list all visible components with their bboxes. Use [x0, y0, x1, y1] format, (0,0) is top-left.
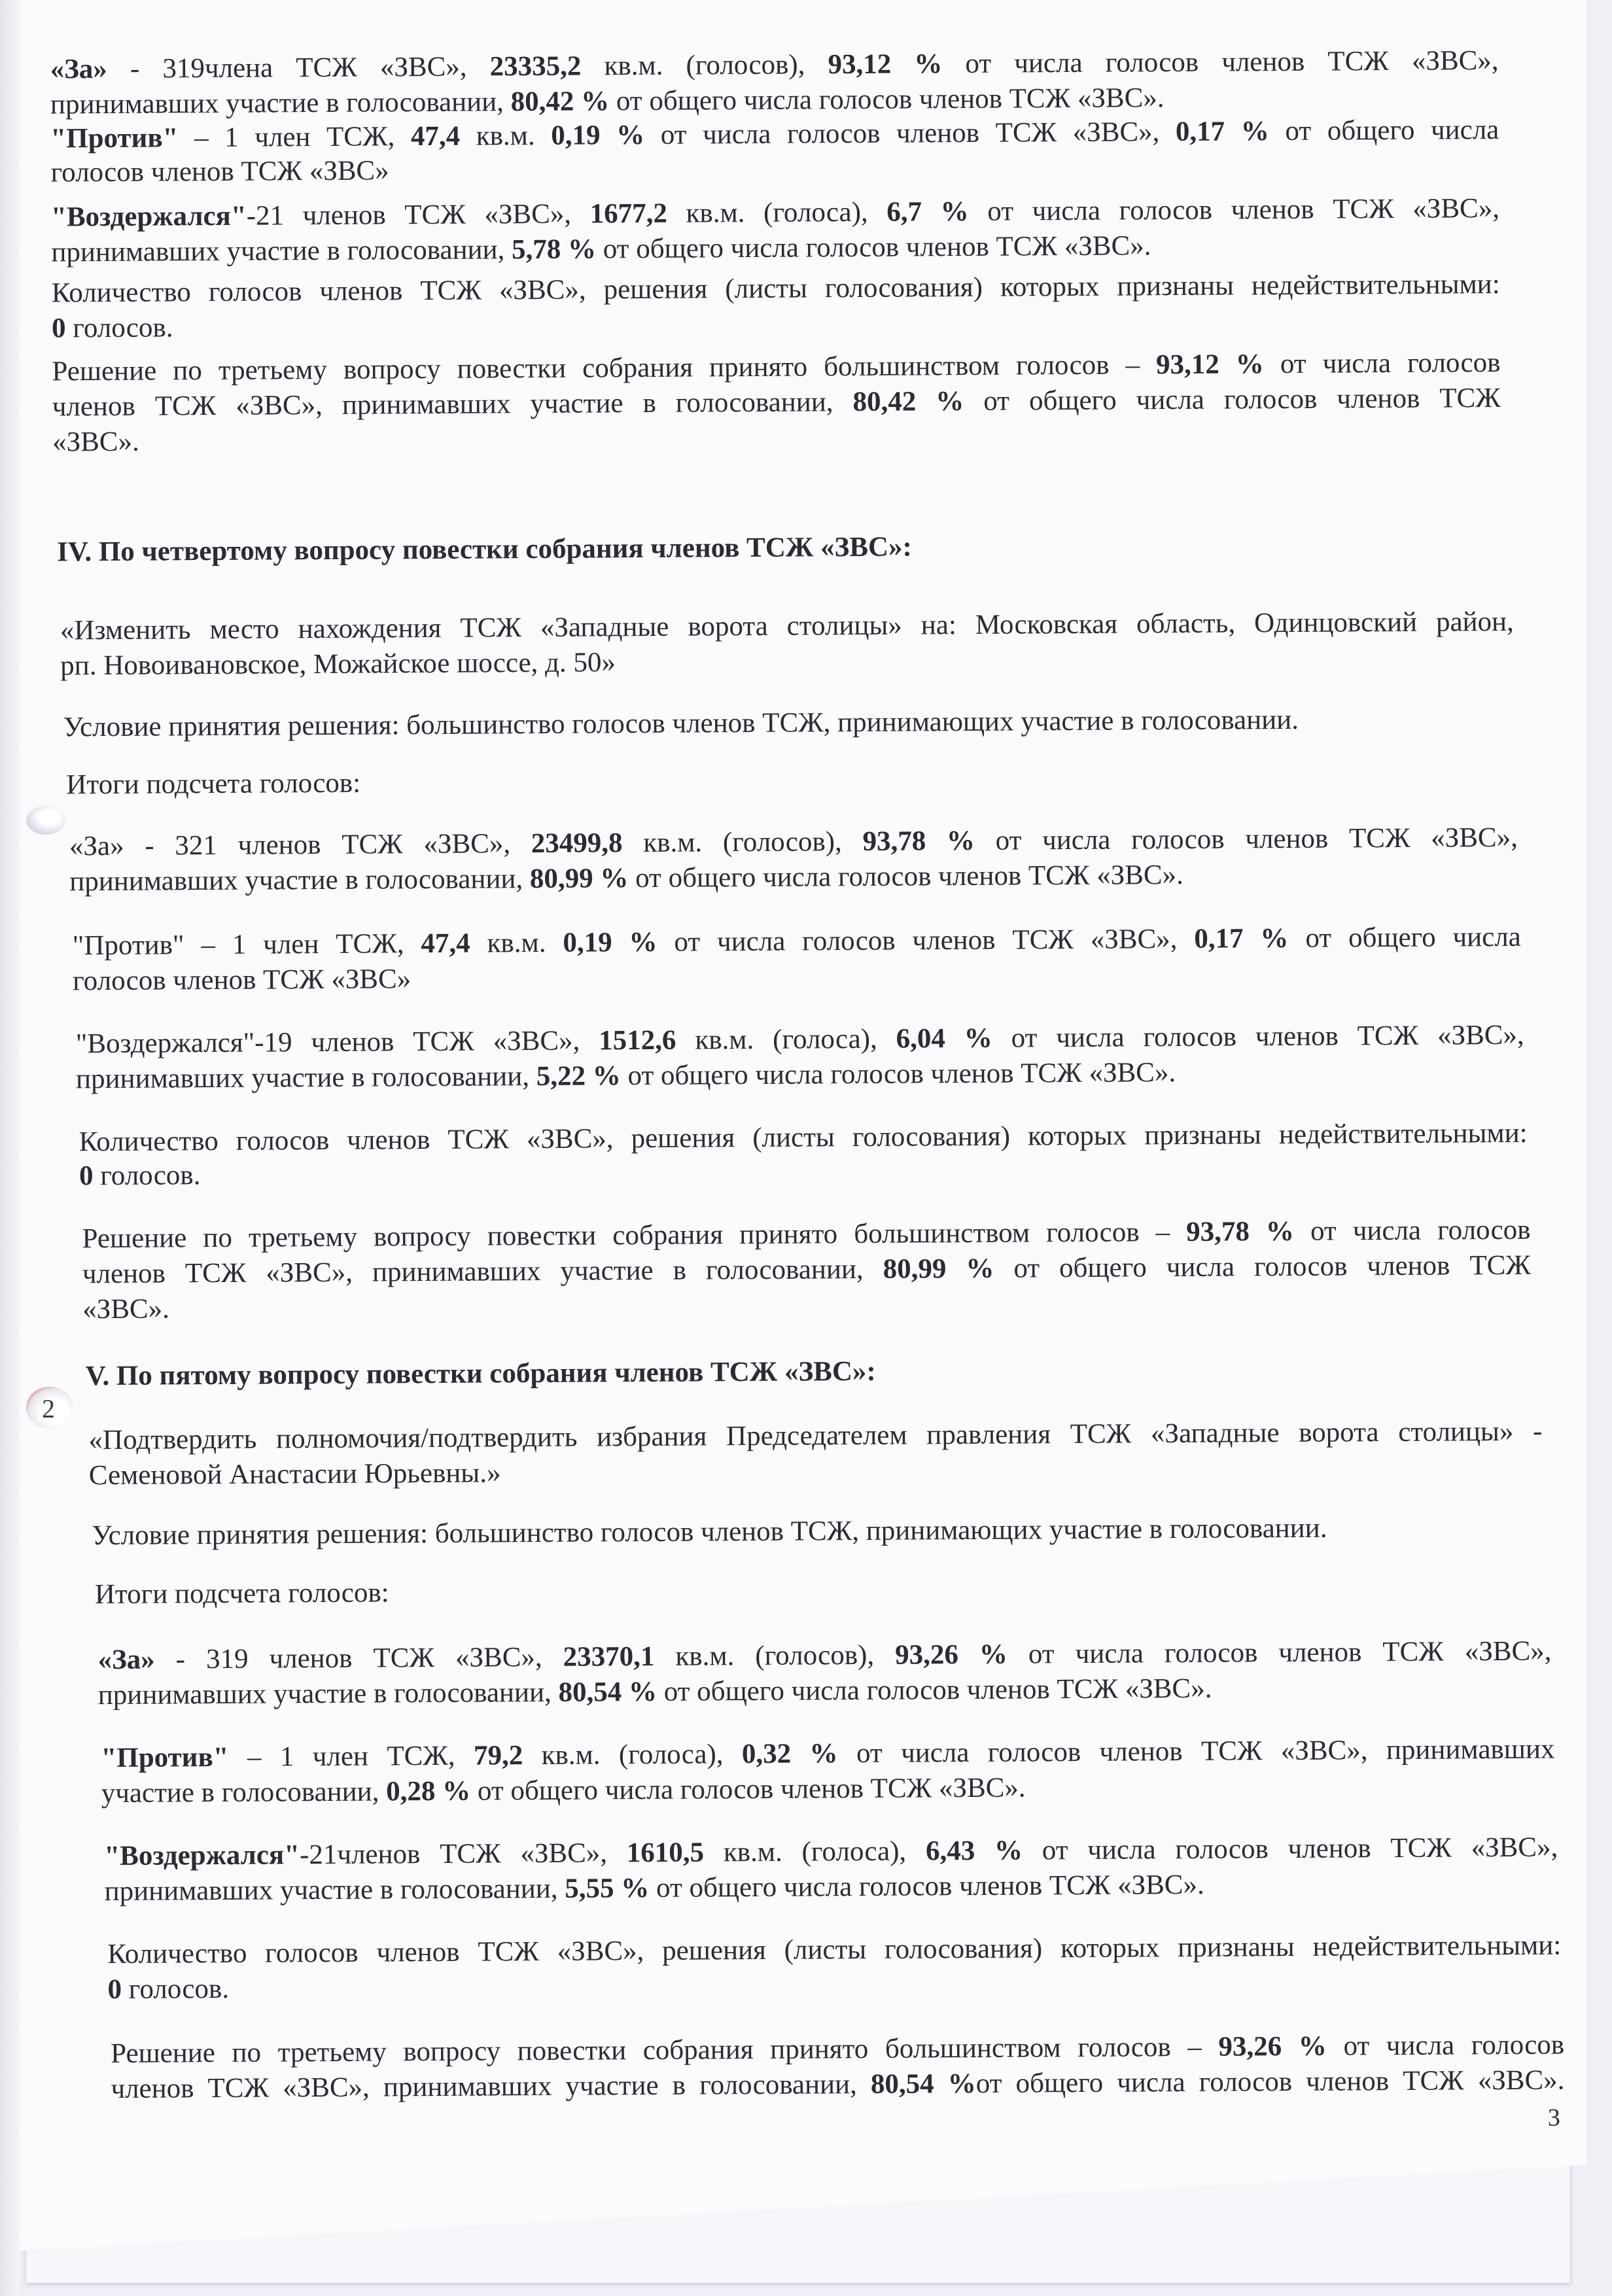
section-5-totals-label: Итоги подсчета голосов:	[95, 1575, 389, 1612]
section-4-question-line-2: рп. Новоивановское, Можайское шоссе, д. …	[60, 645, 616, 684]
section-4-heading: IV. По четвертому вопросу повестки собра…	[57, 530, 912, 570]
page-number: 3	[1548, 2103, 1560, 2132]
invalid-votes-count: 0 голосов.	[107, 1972, 229, 2008]
vote-for-line: «За» - 319 членов ТСЖ «ЗВС», 23370,1 кв.…	[97, 1634, 1551, 1679]
vote-against-line-2: голосов членов ТСЖ «ЗВС»	[50, 153, 389, 190]
section-4-condition: Условие принятия решения: большинство го…	[63, 703, 1299, 746]
section-5-heading: V. По пятому вопросу повестки собрания ч…	[86, 1354, 876, 1394]
vote-for-line-2: принимавших участие в голосовании, 80,54…	[98, 1671, 1212, 1713]
section-4-totals-label: Итоги подсчета голосов:	[66, 766, 360, 803]
vote-abstain-line-2: принимавших участие в голосовании, 5,22 …	[76, 1055, 1176, 1097]
vote-abstain-line-2: принимавших участие в голосовании, 5,55 …	[105, 1868, 1204, 1909]
vote-abstain-line: "Воздержался"-19 членов ТСЖ «ЗВС», 1512,…	[76, 1018, 1524, 1062]
invalid-votes-line: Количество голосов членов ТСЖ «ЗВС», реш…	[79, 1116, 1528, 1160]
section-5-question-line-1: «Подтвердить полномочия/подтвердить избр…	[88, 1414, 1542, 1459]
invalid-votes-count: 0 голосов.	[79, 1158, 201, 1194]
vote-abstain-line-2: принимавших участие в голосовании, 5,78 …	[51, 228, 1151, 270]
invalid-votes-count: 0 голосов.	[52, 310, 173, 346]
decision-line-3: «ЗВС».	[82, 1291, 169, 1327]
vote-for-line: «За» - 321 членов ТСЖ «ЗВС», 23499,8 кв.…	[69, 820, 1518, 865]
invalid-votes-line: Количество голосов членов ТСЖ «ЗВС», реш…	[52, 267, 1500, 311]
section-4-question-line-1: «Изменить место нахождения ТСЖ «Западные…	[60, 604, 1514, 649]
vote-against-line-2: голосов членов ТСЖ «ЗВС»	[73, 962, 411, 999]
document-text: «За» - 319члена ТСЖ «ЗВС», 23335,2 кв.м.…	[0, 0, 1612, 2296]
vote-against-line: "Против" – 1 член ТСЖ, 47,4 кв.м. 0,19 %…	[73, 920, 1521, 964]
section-5-question-line-2: Семеновой Анастасии Юрьевны.»	[89, 1455, 501, 1493]
vote-abstain-line: "Воздержался"-21 членов ТСЖ «ЗВС», 1677,…	[51, 191, 1499, 235]
vote-against-line: "Против" – 1 член ТСЖ, 79,2 кв.м. (голос…	[101, 1732, 1554, 1777]
decision-line-3: «ЗВС».	[52, 425, 139, 461]
vote-abstain-line: "Воздержался"-21членов ТСЖ «ЗВС», 1610,5…	[104, 1830, 1558, 1875]
section-5-condition: Условие принятия решения: большинство го…	[92, 1511, 1327, 1554]
vote-for-line: «За» - 319члена ТСЖ «ЗВС», 23335,2 кв.м.…	[50, 43, 1498, 88]
invalid-votes-line: Количество голосов членов ТСЖ «ЗВС», реш…	[107, 1928, 1561, 1972]
vote-against-line-2: участие в голосовании, 0,28 % от общего …	[101, 1770, 1026, 1811]
vote-for-line-2: принимавших участие в голосовании, 80,99…	[69, 858, 1183, 899]
